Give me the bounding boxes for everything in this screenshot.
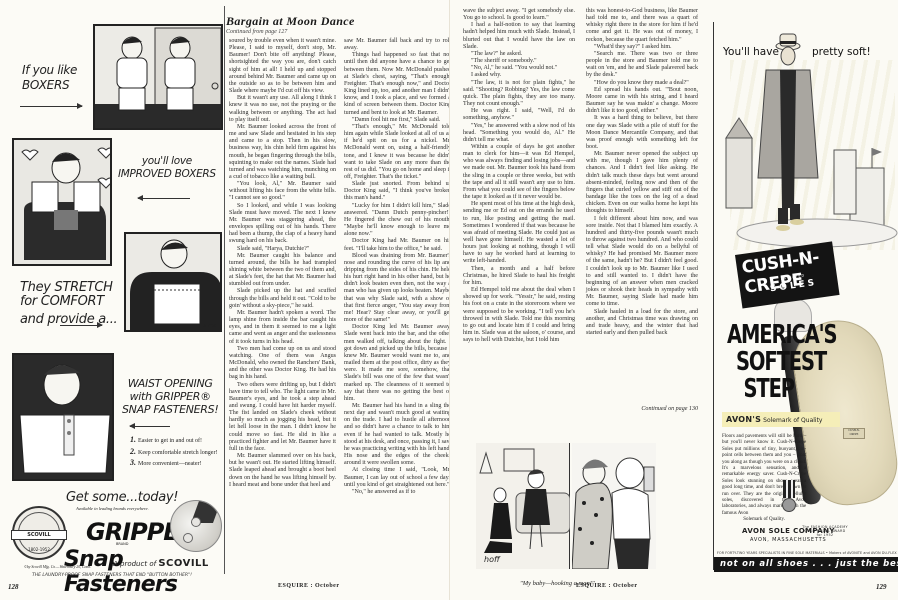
arrow-left-icon — [130, 426, 170, 427]
seal-banner: SCOVILL — [11, 530, 67, 540]
story-paragraph: Ed Hempel told me about the deal when I … — [463, 287, 575, 344]
story-paragraph: At closing time I said, "Look, Mr. Baume… — [344, 467, 451, 488]
story-paragraph: Mr. Baumer slammed over on his back, but… — [229, 453, 336, 489]
illustration-stretch-panel: R. COE — [124, 232, 222, 332]
gripper-advertisement: If you like BOXERS — [0, 0, 220, 600]
illustration-boxers-panel — [12, 138, 112, 266]
story-column-3: wave the subject away. "I get somebody e… — [463, 8, 575, 404]
story-paragraph: Mr. Baumer looked across the front of me… — [229, 124, 336, 181]
page-number-right: 129 — [876, 583, 887, 591]
illustration-waist-opening-panel — [12, 353, 114, 481]
arrow-right-icon — [60, 325, 102, 326]
story-paragraph: soured by trouble even when it wasn't mi… — [229, 38, 336, 95]
story-paragraph: "Lucky for him I didn't kill him," Slade… — [344, 203, 451, 239]
story-paragraph: I felt different about him now, and was … — [586, 216, 698, 309]
scovill-wordmark: SCOVILL — [158, 558, 208, 569]
benefit-number: 3. — [130, 458, 136, 467]
cartoonist-signature: hoff — [484, 555, 500, 564]
story-paragraph: "No, Al," he said. "You would not." — [463, 65, 575, 72]
story-title: Bargain at Moon Dance — [226, 14, 355, 29]
artist-signature: R. COE — [204, 323, 216, 328]
story-paragraph: But it wasn't any use. All along I think… — [229, 95, 336, 124]
benefit-number: 1. — [130, 435, 136, 444]
solemark-text: Solemark of Quality — [763, 417, 822, 424]
parents-watching-illustration — [572, 443, 656, 569]
story-paragraph: Things had happened so fast that not unt… — [344, 52, 451, 116]
benefit-number: 2. — [130, 447, 136, 456]
arrow-left-icon — [138, 198, 190, 199]
story-paragraph: "Search me. There was two or three peopl… — [586, 51, 698, 80]
story-paragraph: I had a half-notion to say that learning… — [463, 22, 575, 51]
man-stretching-waistband-illustration — [126, 234, 222, 332]
story-paragraph: "The sheriff or somebody." — [463, 58, 575, 65]
story-column-2: saw Mr. Baumer fall back and try to roll… — [344, 38, 451, 576]
medal-ribbon — [783, 480, 795, 498]
cartoon-right-room — [572, 443, 656, 569]
snap-fastener-closeup-icon — [170, 500, 222, 552]
story-paragraph: Mr. Baumer had his hand in a sling the n… — [344, 403, 451, 467]
story-paragraph: "How do you know they made a deal?" — [586, 80, 698, 87]
company-city: AVON, MASSACHUSETTS — [750, 537, 826, 543]
caption-line: with GRIPPER® — [122, 390, 218, 403]
caption-improved-boxers: you'll love IMPROVED BOXERS — [118, 155, 216, 181]
snap-icon — [183, 533, 193, 543]
story-paragraph: "Yes," he answered with a slow nod of hi… — [463, 123, 575, 144]
story-paragraph: Blood was draining from Mr. Baumer's nos… — [344, 253, 451, 325]
running-footer-left: ESQUIRE : October — [278, 583, 340, 589]
story-paragraph: So I looked, and while I was looking Sla… — [229, 203, 336, 246]
arrow-right-icon — [20, 106, 82, 107]
cta-get-some: Get some...today! — [66, 490, 178, 505]
story-paragraph: Slade said, "Harya, Dutchie?" — [229, 246, 336, 253]
story-paragraph: "What'd they say?" I asked him. — [586, 44, 698, 51]
story-paragraph: "No," he answered as if to — [344, 489, 451, 496]
caption-line: WAIST OPENING — [122, 377, 218, 390]
solemark-banner: AVON'S Solemark of Quality — [722, 412, 840, 427]
caption-line: for COMFORT — [20, 292, 117, 312]
ad-footer-slogan: not on all shoes . . . just the best one… — [714, 557, 898, 572]
ad-main-headline: AMERICA'S SOFTEST STEP — [727, 322, 836, 403]
product-name: Snap Fasteners — [64, 547, 220, 597]
product-of-line: A product of SCOVILL — [113, 558, 209, 569]
proposal-scene-illustration — [476, 443, 570, 569]
man-holding-boxers-illustration — [14, 140, 112, 266]
ad-body-copy: Floors and pavements will still be hard … — [722, 434, 839, 524]
story-paragraph: I asked why. — [463, 72, 575, 79]
cartoon-illustration — [476, 443, 656, 569]
benefit-item: 1.Easier to get in and out of! — [130, 436, 217, 446]
story-paragraph: Doctor King led Mr. Baumer away. Slade w… — [344, 324, 451, 403]
ad-tagline: THE LAUNDRY-PROOF SNAP FASTENERS THAT EN… — [32, 573, 192, 578]
ad-fineprint: FOR FORTY-TWO YEARS SPECIALISTS IN FINE … — [717, 551, 898, 555]
benefit-text: Easier to get in and out of! — [138, 438, 202, 444]
story-paragraph: Doctor King had Mr. Baumer on his feet. … — [344, 238, 451, 252]
scovill-seal-logo: SCOVILL 1802-1952 — [12, 506, 66, 560]
story-paragraph: Mr. Baumer caught his balance and turned… — [229, 253, 336, 289]
story-continuation-note: Continued from page 127 — [226, 29, 287, 35]
brand-small-label: BRAND — [116, 542, 128, 546]
story-paragraph: Two others were drifting up, but I didn'… — [229, 382, 336, 454]
story-paragraph: "Damn fool hit me first," Slade said. — [344, 117, 451, 124]
caption-waist-opening: WAIST OPENING with GRIPPER® SNAP FASTENE… — [122, 377, 218, 416]
running-footer-right: ESQUIRE : October — [576, 583, 638, 589]
story-column-4: this was honest-to-God business, like Ba… — [586, 8, 698, 396]
benefit-item: 3.More convenient—neater! — [130, 459, 217, 469]
man-showing-snap-waistband-illustration — [14, 355, 114, 481]
story-paragraph: Ed spread his hands out. "'Bout noon, Mo… — [586, 87, 698, 116]
story-paragraph: Mr. Baumer hadn't spoken a word. The lam… — [229, 310, 336, 346]
illustration-mirror-panel — [93, 24, 223, 130]
story-paragraph: "That's enough," Mr. McDonald told him a… — [344, 124, 451, 181]
medal-disk — [782, 498, 796, 512]
story-paragraph: It was a hard thing to believe, but ther… — [586, 115, 698, 151]
product-of-text: A product of — [113, 560, 156, 568]
seal-years: 1802-1952 — [14, 547, 64, 552]
story-paragraph: "The law, it is not for plain fights," h… — [463, 80, 575, 109]
copyright-line: ©by Scovill Mfg. Co.—Waterbury 20, Conn. — [24, 565, 91, 569]
sole-brand-tag: CUSH-N-CREPE — [843, 428, 865, 439]
caption-line: BOXERS — [22, 78, 77, 93]
story-paragraph: Two men had come up on us and stood watc… — [229, 346, 336, 382]
caption-line: SNAP FASTENERS! — [122, 403, 218, 416]
story-paragraph: He was right. I said, "Well, I'd do some… — [463, 108, 575, 122]
availability-note: Available in leading brands everywhere. — [76, 506, 149, 511]
solemark-brand: AVON'S — [726, 415, 761, 424]
caption-line: you'll love — [118, 155, 216, 168]
caption-line: IMPROVED BOXERS — [118, 168, 216, 181]
column-divider — [224, 6, 225, 574]
snap-icon — [191, 517, 201, 527]
story-paragraph: saw Mr. Baumer fall back and try to roll… — [344, 38, 451, 52]
benefit-item: 2.Keep comfortable stretch longer! — [130, 448, 217, 458]
story-paragraph: Then, a month and a half before Christma… — [463, 266, 575, 287]
story-column-1: soured by trouble even when it wasn't mi… — [229, 38, 336, 576]
man-walking-on-cloud-illustration — [722, 18, 898, 258]
benefit-text: More convenient—neater! — [138, 461, 201, 467]
benefit-text: Keep comfortable stretch longer! — [138, 450, 217, 456]
story-paragraph: Mr. Baumer never opened the subject up w… — [586, 151, 698, 215]
ad-border — [713, 22, 714, 570]
story-paragraph: Slade just snorted. From behind us Docto… — [344, 181, 451, 202]
headline-line: AMERICA'S — [727, 322, 836, 349]
caption-boxers: If you like BOXERS — [22, 63, 77, 93]
story-paragraph: Within a couple of days he got another m… — [463, 144, 575, 201]
caption-line: If you like — [22, 63, 77, 78]
man-mirror-illustration — [95, 26, 223, 130]
story-paragraph: Slade picked up the hat and scuffed thro… — [229, 288, 336, 309]
headline-line: STEP — [727, 376, 836, 403]
story-paragraph: Slade hauled in a load for the store, an… — [586, 309, 698, 338]
story-paragraph: this was honest-to-God business, like Ba… — [586, 8, 698, 44]
story-paragraph: "You look, Al," Mr. Baumer said without … — [229, 181, 336, 202]
left-page: If you like BOXERS — [0, 0, 449, 600]
story-paragraph: wave the subject away. "I get somebody e… — [463, 8, 575, 22]
cartoon-left-room — [476, 443, 570, 569]
headline-line: SOFTEST — [727, 349, 836, 376]
medal-icon — [782, 480, 796, 520]
continued-note: Continued on page 130 — [586, 406, 698, 413]
story-paragraph: He spent most of his time at the high de… — [463, 201, 575, 265]
page-number-left: 128 — [8, 583, 19, 591]
company-name: AVON SOLE COMPANY — [742, 527, 835, 535]
benefits-list: 1.Easier to get in and out of! 2.Keep co… — [130, 436, 217, 471]
